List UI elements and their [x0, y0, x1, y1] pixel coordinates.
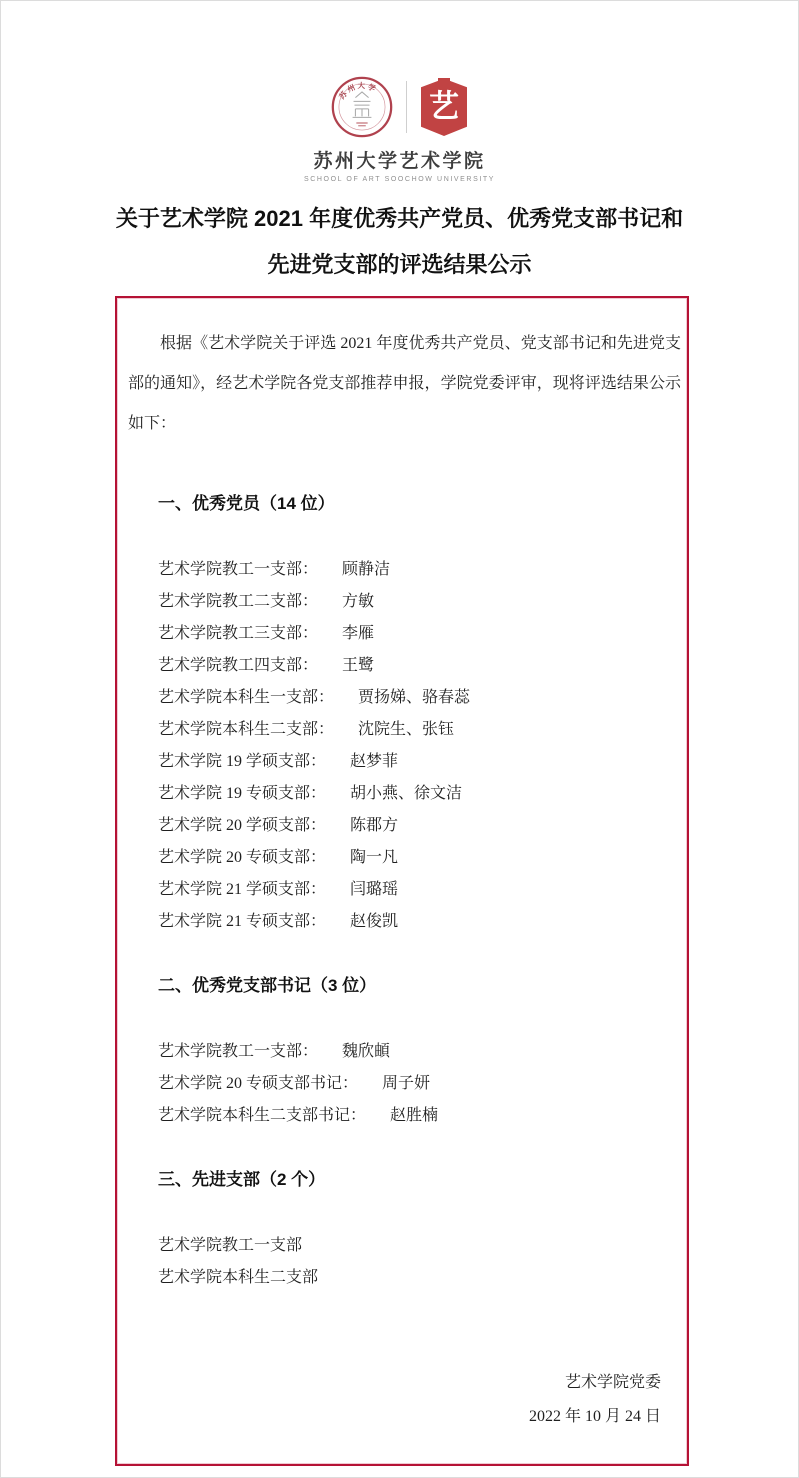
- branch-label: 艺术学院 19 专硕支部：: [158, 785, 326, 802]
- list-item: 艺术学院本科生二支部：沈院生、张钰: [158, 714, 681, 746]
- list-item: 艺术学院教工一支部：魏欣頔: [158, 1036, 681, 1068]
- logo-divider: [406, 81, 407, 133]
- branch-label: 艺术学院 21 专硕支部：: [158, 913, 326, 930]
- list-item: 艺术学院 21 专硕支部：赵俊凯: [158, 906, 681, 938]
- school-wordmark-english: SCHOOL OF ART SOOCHOW UNIVERSITY: [0, 176, 799, 183]
- awardee-names: 闫璐瑶: [350, 881, 398, 898]
- branch-label: 艺术学院 20 专硕支部：: [158, 849, 326, 866]
- awardee-names: 方敏: [342, 593, 374, 610]
- list-item: 艺术学院 19 学硕支部：赵梦菲: [158, 746, 681, 778]
- school-wordmark: 苏州大学艺术学院: [0, 146, 799, 173]
- branch-label: 艺术学院教工二支部：: [158, 593, 318, 610]
- branch-label: 艺术学院教工一支部：: [158, 561, 318, 578]
- signature-block: 艺术学院党委 2022 年 10 月 24 日: [128, 1366, 681, 1434]
- section-heading: 二、优秀党支部书记（3 位）: [158, 974, 681, 998]
- list-item: 艺术学院教工二支部：方敏: [158, 586, 681, 618]
- awardee-names: 赵梦菲: [350, 753, 398, 770]
- awardee-names: 胡小燕、徐文洁: [350, 785, 462, 802]
- list-item: 艺术学院教工四支部：王鹭: [158, 650, 681, 682]
- branch-label: 艺术学院 21 学硕支部：: [158, 881, 326, 898]
- document-title-line1: 关于艺术学院 2021 年度优秀共产党员、优秀党支部书记和: [0, 196, 799, 242]
- list-item: 艺术学院 20 学硕支部：陈郡方: [158, 810, 681, 842]
- awardee-names: 赵俊凯: [350, 913, 398, 930]
- awardee-names: 赵胜楠: [390, 1107, 438, 1124]
- awardee-names: 陈郡方: [350, 817, 398, 834]
- awardee-names: 王鹭: [342, 657, 374, 674]
- branch-label: 艺术学院 20 学硕支部：: [158, 817, 326, 834]
- awardee-names: 顾静洁: [342, 561, 390, 578]
- item-list: 艺术学院教工一支部：顾静洁艺术学院教工二支部：方敏艺术学院教工三支部：李雁艺术学…: [158, 554, 681, 938]
- branch-label: 艺术学院 19 学硕支部：: [158, 753, 326, 770]
- awardee-names: 陶一凡: [350, 849, 398, 866]
- art-school-emblem-icon: 艺: [419, 78, 469, 136]
- document-title: 关于艺术学院 2021 年度优秀共产党员、优秀党支部书记和 先进党支部的评选结果…: [0, 196, 799, 288]
- announcement-page: { "logo": { "seal_text": "苏州大学", "emblem…: [0, 0, 799, 1478]
- list-item: 艺术学院教工一支部: [158, 1230, 681, 1262]
- awardee-names: 沈院生、张钰: [358, 721, 454, 738]
- logo-row: 苏州大学 艺: [0, 74, 799, 140]
- list-item: 艺术学院 21 学硕支部：闫璐瑶: [158, 874, 681, 906]
- section-heading: 一、优秀党员（14 位）: [158, 492, 681, 516]
- sections-container: 一、优秀党员（14 位）艺术学院教工一支部：顾静洁艺术学院教工二支部：方敏艺术学…: [128, 492, 681, 1294]
- branch-label: 艺术学院本科生一支部：: [158, 689, 334, 706]
- awardee-names: 周子妍: [382, 1075, 430, 1092]
- list-item: 艺术学院 19 专硕支部：胡小燕、徐文洁: [158, 778, 681, 810]
- list-item: 艺术学院本科生二支部书记：赵胜楠: [158, 1100, 681, 1132]
- university-seal-icon: 苏州大学: [330, 75, 394, 139]
- branch-label: 艺术学院教工三支部：: [158, 625, 318, 642]
- branch-label: 艺术学院教工一支部：: [158, 1043, 318, 1060]
- signature-date: 2022 年 10 月 24 日: [128, 1400, 661, 1434]
- awardee-names: 魏欣頔: [342, 1043, 390, 1060]
- list-item: 艺术学院 20 专硕支部：陶一凡: [158, 842, 681, 874]
- announcement-body-box: 根据《艺术学院关于评选 2021 年度优秀共产党员、党支部书记和先进党支部的通知…: [115, 296, 689, 1466]
- section-heading: 三、先进支部（2 个）: [158, 1168, 681, 1192]
- list-item: 艺术学院本科生二支部: [158, 1262, 681, 1294]
- list-item: 艺术学院本科生一支部：贾扬娣、骆春蕊: [158, 682, 681, 714]
- awardee-names: 李雁: [342, 625, 374, 642]
- awardee-names: 贾扬娣、骆春蕊: [358, 689, 470, 706]
- letterhead: 苏州大学 艺 苏州大学艺术学院 SCHOOL OF ART SOOCHOW UN…: [0, 0, 799, 183]
- branch-label: 艺术学院本科生二支部书记：: [158, 1107, 366, 1124]
- list-item: 艺术学院 20 专硕支部书记：周子妍: [158, 1068, 681, 1100]
- branch-label: 艺术学院本科生二支部：: [158, 721, 334, 738]
- emblem-glyph: 艺: [429, 91, 459, 123]
- document-title-line2: 先进党支部的评选结果公示: [0, 242, 799, 288]
- branch-label: 艺术学院教工一支部: [158, 1237, 302, 1254]
- list-item: 艺术学院教工三支部：李雁: [158, 618, 681, 650]
- branch-label: 艺术学院 20 专硕支部书记：: [158, 1075, 358, 1092]
- list-item: 艺术学院教工一支部：顾静洁: [158, 554, 681, 586]
- item-list: 艺术学院教工一支部：魏欣頔艺术学院 20 专硕支部书记：周子妍艺术学院本科生二支…: [158, 1036, 681, 1132]
- branch-label: 艺术学院教工四支部：: [158, 657, 318, 674]
- item-list: 艺术学院教工一支部艺术学院本科生二支部: [158, 1230, 681, 1294]
- intro-paragraph: 根据《艺术学院关于评选 2021 年度优秀共产党员、党支部书记和先进党支部的通知…: [128, 324, 681, 444]
- branch-label: 艺术学院本科生二支部: [158, 1269, 318, 1286]
- signature-org: 艺术学院党委: [128, 1366, 661, 1400]
